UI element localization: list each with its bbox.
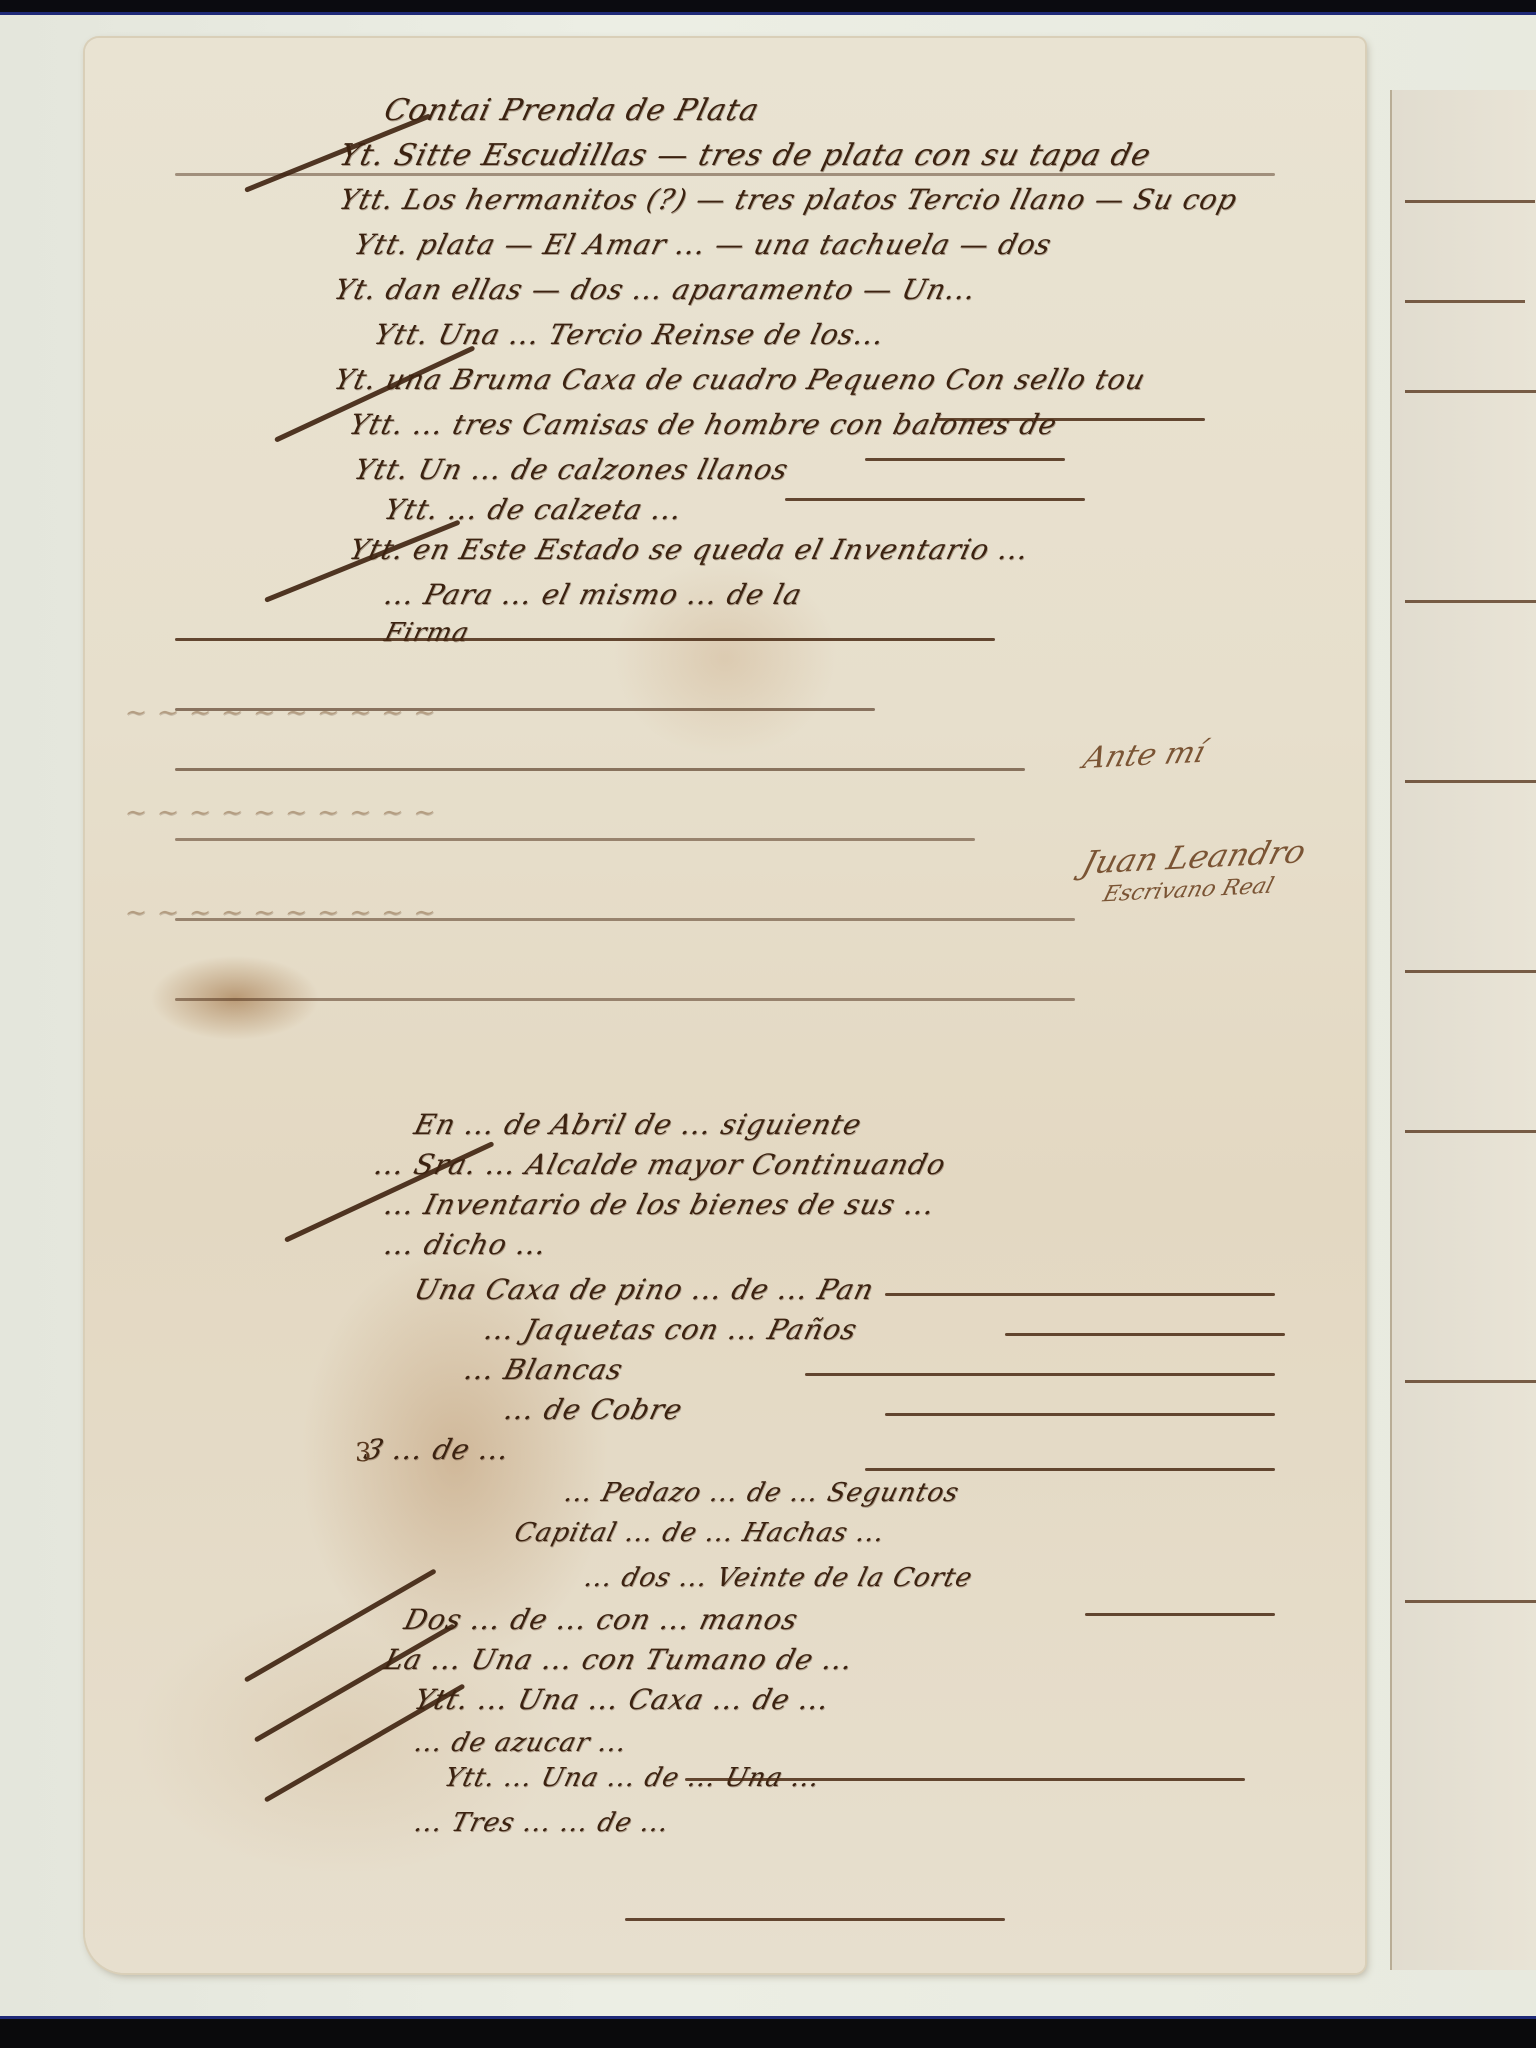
manuscript-line: Ytt. ... Una ... Caxa ... de ... <box>411 1683 834 1716</box>
ruled-line <box>885 1293 1275 1296</box>
manuscript-line: Firma <box>381 618 472 648</box>
ruled-line <box>175 768 1025 771</box>
ruled-line <box>865 1468 1275 1471</box>
manuscript-line: ... Inventario de los bienes de sus ... <box>381 1188 939 1221</box>
adjacent-page-rule <box>1405 300 1525 303</box>
margin-number: 3 <box>355 1438 372 1468</box>
manuscript-line: Ytt. ... tres Camisas de hombre con balo… <box>346 408 1061 441</box>
manuscript-line: Yt. dan ellas — dos ... aparamento — Un.… <box>331 273 980 306</box>
photo-top-border <box>0 0 1536 15</box>
manuscript-line: ... dicho ... <box>381 1228 551 1261</box>
bleed-through-text: ~ ~ ~ ~ ~ ~ ~ ~ ~ ~ <box>121 698 440 728</box>
adjacent-page-rule <box>1405 600 1536 603</box>
manuscript-line: Ytt. en Este Estado se queda el Inventar… <box>346 533 1033 566</box>
adjacent-page-rule <box>1405 1130 1536 1133</box>
manuscript-line: Ytt. Un ... de calzones llanos <box>351 453 792 486</box>
ruled-line <box>935 418 1205 421</box>
manuscript-line: Yt. una Bruma Caxa de cuadro Pequeno Con… <box>331 363 1149 396</box>
manuscript-line: Capital ... de ... Hachas ... <box>511 1518 888 1548</box>
manuscript-line: Dos ... de ... con ... manos <box>401 1603 802 1636</box>
ruled-line <box>1005 1333 1285 1336</box>
adjacent-page-rule <box>1405 200 1535 203</box>
ruled-line <box>175 998 1075 1001</box>
manuscript-line: Ytt. ... de calzeta ... <box>381 493 686 526</box>
signature-ante-mi: Ante mí <box>1079 735 1209 776</box>
ruled-line <box>175 838 975 841</box>
ruled-line <box>885 1413 1275 1416</box>
ruled-line <box>1085 1613 1275 1616</box>
manuscript-line: 3 ... de ... <box>361 1433 514 1466</box>
manuscript-line: La ... Una ... con Tumano de ... <box>381 1643 857 1676</box>
ruled-line <box>625 1918 1005 1921</box>
manuscript-line: ... Jaquetas con ... Paños <box>481 1313 861 1346</box>
manuscript-line: En ... de Abril de ... siguiente <box>411 1108 866 1141</box>
manuscript-line: ... Para ... el mismo ... de la <box>381 578 806 611</box>
manuscript-line: ... Tres ... ... de ... <box>411 1808 673 1838</box>
manuscript-line: ... de Cobre <box>501 1393 686 1426</box>
adjacent-page-rule <box>1405 1600 1536 1603</box>
manuscript-line: ... Blancas <box>461 1353 627 1386</box>
bleed-through-text: ~ ~ ~ ~ ~ ~ ~ ~ ~ ~ <box>121 798 440 828</box>
manuscript-line: ... Sra. ... Alcalde mayor Continuando <box>371 1148 950 1181</box>
adjacent-page-edge <box>1390 90 1536 1970</box>
manuscript-line: Una Caxa de pino ... de ... Pan <box>411 1273 878 1306</box>
ruled-line <box>805 1373 1275 1376</box>
manuscript-line: Yt. Sitte Escudillas — tres de plata con… <box>336 138 1155 173</box>
manuscript-line: ... dos ... Veinte de la Corte <box>581 1563 976 1593</box>
photo-bottom-border <box>0 2016 1536 2048</box>
adjacent-page-rule <box>1405 780 1536 783</box>
ruled-line <box>175 173 1275 176</box>
ruled-line <box>785 498 1085 501</box>
manuscript-line: ... Pedazo ... de ... Seguntos <box>561 1478 962 1508</box>
ruled-line <box>175 638 995 641</box>
bleed-through-text: ~ ~ ~ ~ ~ ~ ~ ~ ~ ~ <box>121 898 440 928</box>
adjacent-page-rule <box>1405 390 1536 393</box>
manuscript-page: Photograph of a handwritten inventory pa… <box>85 38 1365 1973</box>
manuscript-line: Ytt. Una ... Tercio Reinse de los... <box>371 318 888 351</box>
manuscript-line: Ytt. Los hermanitos (?) — tres platos Te… <box>336 183 1241 216</box>
manuscript-line: Contai Prenda de Plata <box>381 93 763 128</box>
ruled-line <box>685 1778 1245 1781</box>
ruled-line <box>865 458 1065 461</box>
manuscript-line: ... de azucar ... <box>411 1728 630 1758</box>
adjacent-page-rule <box>1405 1380 1536 1383</box>
adjacent-page-rule <box>1405 970 1536 973</box>
manuscript-line: Ytt. plata — El Amar ... — una tachuela … <box>351 228 1055 261</box>
